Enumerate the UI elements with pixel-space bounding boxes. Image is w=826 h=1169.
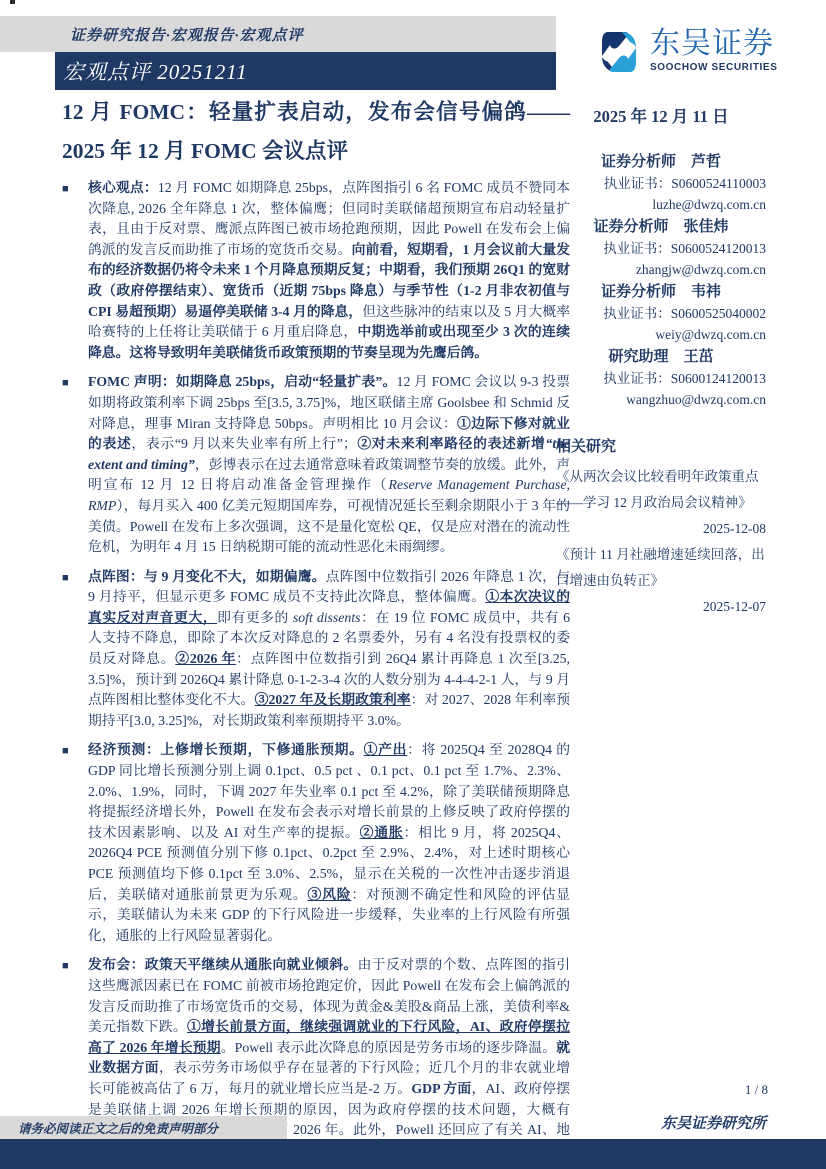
related-item-date: 2025-12-08 [556,516,766,542]
analyst-email: weiy@dwzq.com.cn [556,324,766,345]
bullet-square-icon: ■ [62,956,69,977]
text-run: 点阵图：与 9 月变化不大，如期偏鹰。 [88,569,326,584]
analyst-cert: 执业证书：S0600124120013 [556,368,766,389]
text-run: ），每月买入 400 亿美元短期国库券，可视情况延长至剩余期限小于 3 年的美债… [88,498,570,554]
company-logo: 东吴证券 SOOCHOW SECURITIES [595,28,777,76]
related-item-title: 《从两次会议比较看明年政策重点——学习 12 月政治局会议精神》 [556,464,766,516]
analyst-email: zhangjw@dwzq.com.cn [556,259,766,280]
company-logo-text: 东吴证券 SOOCHOW SECURITIES [650,28,777,73]
analyst-email: wangzhuo@dwzq.com.cn [556,389,766,410]
bullet-square-icon: ■ [62,179,69,200]
institute-name: 东吴证券研究所 [661,1112,766,1133]
related-item-title: 《预计 11 月社融增速延续回落，出口增速由负转正》 [556,542,766,594]
analyst-email: luzhe@dwzq.com.cn [556,194,766,215]
analyst-cert: 执业证书：S0600524110003 [556,173,766,194]
bullet-square-icon: ■ [62,741,69,762]
bullet-square-icon: ■ [62,373,69,394]
related-research: 相关研究 《从两次会议比较看明年政策重点——学习 12 月政治局会议精神》202… [556,436,766,620]
disclaimer-box: 请务必阅读正文之后的免责声明部分 [0,1116,287,1139]
related-research-list: 《从两次会议比较看明年政策重点——学习 12 月政治局会议精神》2025-12-… [556,464,766,620]
text-run: 发布会：政策天平继续从通胀向就业倾斜。 [88,957,358,972]
company-name-cn: 东吴证券 [650,28,777,60]
text-run: ③风险 [307,887,351,902]
text-run: ，表示“9 月以来失业率有所上行”； [131,436,356,451]
disclaimer-text: 请务必阅读正文之后的免责声明部分 [18,1119,218,1137]
main-column: 12 月 FOMC：轻量扩表启动，发布会信号偏鸽——2025 年 12 月 FO… [62,93,570,1169]
analyst-role-name: 研究助理 王茁 [556,346,766,368]
print-artifact [10,0,15,4]
text-run: 经济预测：上修增长预期，下修通胀预期。 [88,742,364,757]
text-run: 。Powell 表示此次降息的原因是劳务市场的逐步降温。 [221,1040,557,1055]
text-run: GDP 方面 [411,1081,471,1096]
company-name-en: SOOCHOW SECURITIES [650,62,777,73]
text-run: ②通胀 [360,825,404,840]
text-run: ②对未来利率路径的表述新增 [357,436,546,451]
analyst-cert: 执业证书：S0600524120013 [556,238,766,259]
report-title: 12 月 FOMC：轻量扩表启动，发布会信号偏鸽——2025 年 12 月 FO… [62,93,570,171]
related-item-date: 2025-12-07 [556,594,766,620]
report-type-bar: 证券研究报告·宏观报告·宏观点评 [0,16,556,52]
sidebar: 2025 年 12 月 11 日 证券分析师 芦哲执业证书：S060052411… [556,103,766,620]
bullet-square-icon: ■ [62,568,69,589]
analyst-block: 证券分析师 芦哲执业证书：S0600524110003luzhe@dwzq.co… [556,151,766,215]
text-run: 核心观点： [88,180,158,195]
analyst-block: 证券分析师 张佳炜执业证书：S0600524120013zhangjw@dwzq… [556,216,766,280]
analyst-block: 证券分析师 韦祎执业证书：S0600525040002weiy@dwzq.com… [556,281,766,345]
text-run: ③2027 年及长期政策利率 [255,692,411,707]
page-number: 1 / 8 [745,1082,768,1098]
paragraph: ■经济预测：上修增长预期，下修通胀预期。①产出：将 2025Q4 至 2028Q… [62,740,570,946]
text-run: ①产出 [364,742,408,757]
paragraph: ■点阵图：与 9 月变化不大，如期偏鹰。点阵图中位数指引 2026 年降息 1 … [62,567,570,732]
related-research-heading: 相关研究 [556,436,766,458]
body-paragraphs: ■核心观点：12 月 FOMC 如期降息 25bps，点阵图指引 6 名 FOM… [62,178,570,1161]
analyst-role-name: 证券分析师 韦祎 [556,281,766,303]
paragraph: ■FOMC 声明：如期降息 25bps，启动“轻量扩表”。12 月 FOMC 会… [62,372,570,557]
text-run: soft dissents [293,610,361,625]
analyst-list: 证券分析师 芦哲执业证书：S0600524110003luzhe@dwzq.co… [556,151,766,410]
footer-bar [0,1139,826,1169]
text-run: ②2026 年 [175,651,236,666]
analyst-role-name: 证券分析师 张佳炜 [556,216,766,238]
soochow-logo-icon [595,28,643,76]
report-date: 2025 年 12 月 11 日 [556,103,766,127]
report-banner-text: 宏观点评 20251211 [63,56,248,86]
report-type-text: 证券研究报告·宏观报告·宏观点评 [70,24,304,45]
analyst-role-name: 证券分析师 芦哲 [556,151,766,173]
text-run: 即有更多的 [217,610,293,625]
report-banner: 宏观点评 20251211 [55,52,556,90]
text-run: FOMC 声明：如期降息 25bps，启动“轻量扩表”。 [88,374,397,389]
paragraph: ■核心观点：12 月 FOMC 如期降息 25bps，点阵图指引 6 名 FOM… [62,178,570,363]
analyst-block: 研究助理 王茁执业证书：S0600124120013wangzhuo@dwzq.… [556,346,766,410]
analyst-cert: 执业证书：S0600525040002 [556,303,766,324]
